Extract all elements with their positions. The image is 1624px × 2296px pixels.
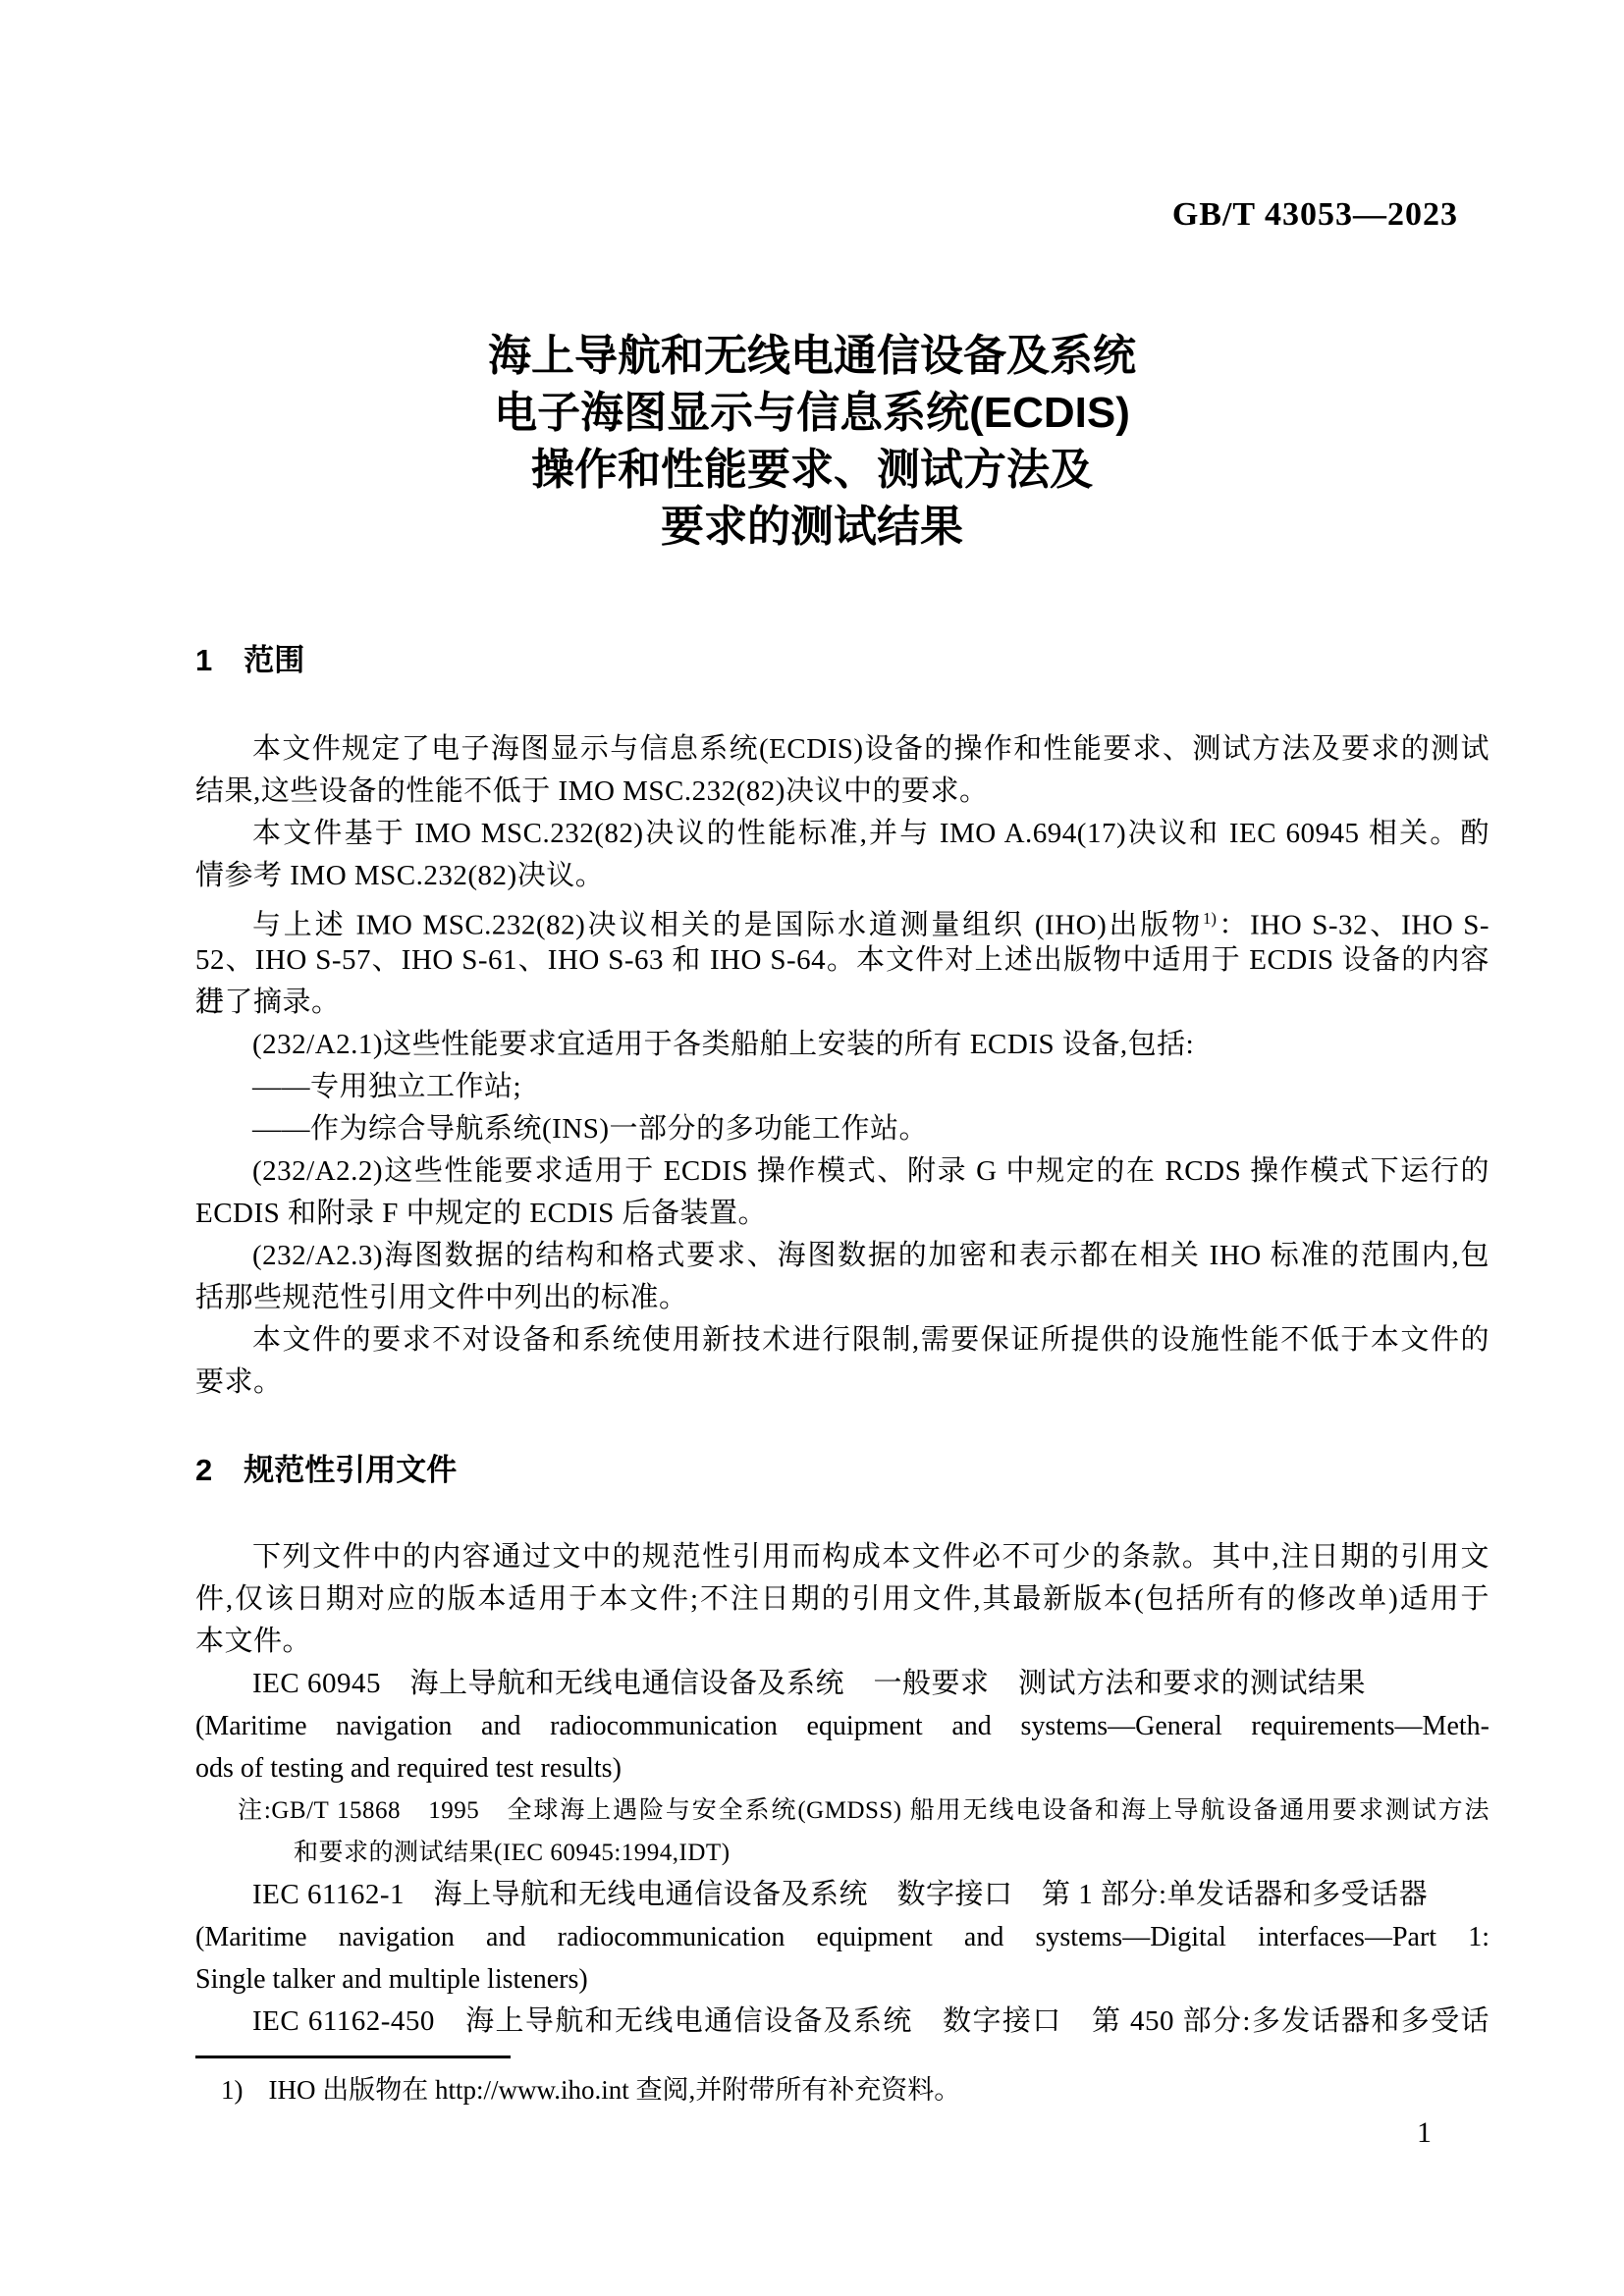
- footnote-marker: 1): [221, 2075, 244, 2105]
- content-column: 1范围本文件规定了电子海图显示与信息系统(ECDIS)设备的操作和性能要求、测试…: [195, 641, 1489, 2109]
- page-number: 1: [1417, 2116, 1432, 2150]
- body-line: 结果,这些设备的性能不低于 IMO MSC.232(82)决议中的要求。: [195, 771, 1489, 813]
- body-line: ——专用独立工作站;: [195, 1066, 1489, 1108]
- body-line: 行了摘录。: [195, 982, 1489, 1024]
- body-line: 本文件基于 IMO MSC.232(82)决议的性能标准,并与 IMO A.69…: [195, 813, 1489, 855]
- title-line: 操作和性能要求、测试方法及: [0, 442, 1624, 499]
- body-line: 注:GB/T 15868 1995 全球海上遇险与安全系统(GMDSS) 船用无…: [195, 1789, 1489, 1832]
- body-line: 和要求的测试结果(IEC 60945:1994,IDT): [195, 1832, 1489, 1874]
- body-line: 52、IHO S-57、IHO S-61、IHO S-63 和 IHO S-64…: [195, 939, 1489, 982]
- body-line: (232/A2.2)这些性能要求适用于 ECDIS 操作模式、附录 G 中规定的…: [195, 1150, 1489, 1193]
- document-page: GB/T 43053—2023 海上导航和无线电通信设备及系统 电子海图显示与信…: [0, 0, 1624, 2296]
- body-line: IEC 61162-1 海上导航和无线电通信设备及系统 数字接口 第 1 部分:…: [195, 1874, 1489, 1916]
- body-line: 情参考 IMO MSC.232(82)决议。: [195, 855, 1489, 897]
- body-line: Single talker and multiple listeners): [195, 1958, 1489, 2001]
- body-line: 与上述 IMO MSC.232(82)决议相关的是国际水道测量组织 (IHO)出…: [195, 897, 1489, 939]
- section-title: 规范性引用文件: [244, 1453, 457, 1487]
- section-heading: 1范围: [195, 641, 1489, 680]
- title-line: 要求的测试结果: [0, 499, 1624, 556]
- body-text: 与上述 IMO MSC.232(82)决议相关的是国际水道测量组织 (IHO)出…: [252, 910, 1203, 941]
- footnote: 1)IHO 出版物在 http://www.iho.int 查阅,并附带所有补充…: [195, 2070, 1489, 2109]
- body-line: 本文件规定了电子海图显示与信息系统(ECDIS)设备的操作和性能要求、测试方法及…: [195, 728, 1489, 771]
- body-line: ECDIS 和附录 F 中规定的 ECDIS 后备装置。: [195, 1193, 1489, 1235]
- document-body: 1范围本文件规定了电子海图显示与信息系统(ECDIS)设备的操作和性能要求、测试…: [195, 641, 1489, 2043]
- footnote-ref: 1): [1203, 909, 1217, 928]
- body-line: ods of testing and required test results…: [195, 1747, 1489, 1789]
- body-line: IEC 61162-450 海上导航和无线电通信设备及系统 数字接口 第 450…: [195, 2001, 1489, 2043]
- body-line: 件,仅该日期对应的版本适用于本文件;不注日期的引用文件,其最新版本(包括所有的修…: [195, 1578, 1489, 1621]
- body-line: (Maritime navigation and radiocommunicat…: [195, 1916, 1489, 1958]
- body-line: 本文件的要求不对设备和系统使用新技术进行限制,需要保证所提供的设施性能不低于本文…: [195, 1319, 1489, 1362]
- section-title: 范围: [244, 643, 304, 677]
- body-line: 下列文件中的内容通过文中的规范性引用而构成本文件必不可少的条款。其中,注日期的引…: [195, 1536, 1489, 1578]
- body-line: 要求。: [195, 1362, 1489, 1404]
- standard-code: GB/T 43053—2023: [1172, 196, 1458, 234]
- body-line: (Maritime navigation and radiocommunicat…: [195, 1705, 1489, 1747]
- body-line: 本文件。: [195, 1621, 1489, 1663]
- title-line: 电子海图显示与信息系统(ECDIS): [0, 385, 1624, 442]
- section-number: 1: [195, 643, 212, 677]
- document-title: 海上导航和无线电通信设备及系统 电子海图显示与信息系统(ECDIS) 操作和性能…: [0, 328, 1624, 556]
- body-line: ——作为综合导航系统(INS)一部分的多功能工作站。: [195, 1108, 1489, 1150]
- footnote-separator: [195, 2056, 511, 2058]
- section-number: 2: [195, 1453, 212, 1487]
- body-line: IEC 60945 海上导航和无线电通信设备及系统 一般要求 测试方法和要求的测…: [195, 1663, 1489, 1705]
- body-line: (232/A2.1)这些性能要求宜适用于各类船舶上安装的所有 ECDIS 设备,…: [195, 1024, 1489, 1066]
- body-line: (232/A2.3)海图数据的结构和格式要求、海图数据的加密和表示都在相关 IH…: [195, 1235, 1489, 1277]
- body-text: ：IHO S-32、IHO S-: [1217, 910, 1489, 941]
- section-heading: 2规范性引用文件: [195, 1451, 1489, 1490]
- title-line: 海上导航和无线电通信设备及系统: [0, 328, 1624, 385]
- body-line: 括那些规范性引用文件中列出的标准。: [195, 1277, 1489, 1319]
- footnote-text: IHO 出版物在 http://www.iho.int 查阅,并附带所有补充资料…: [269, 2075, 961, 2105]
